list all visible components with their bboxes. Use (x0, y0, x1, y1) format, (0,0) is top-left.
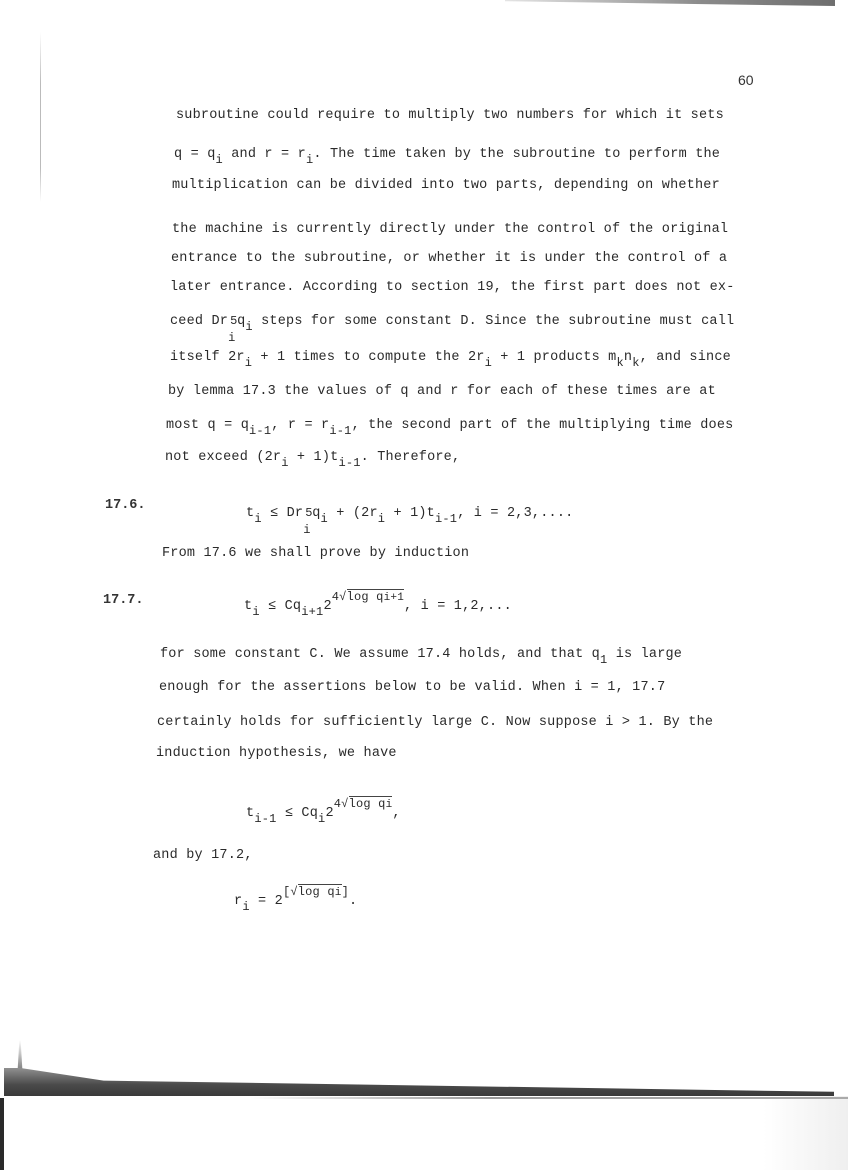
text-line: itself 2ri + 1 times to compute the 2ri … (170, 349, 731, 366)
page-number: 60 (738, 72, 754, 88)
scan-edge-line (250, 1097, 848, 1099)
text-line: by lemma 17.3 the values of q and r for … (168, 384, 716, 400)
text-line: the machine is currently directly under … (172, 222, 728, 238)
text-line: entrance to the subroutine, or whether i… (171, 251, 727, 267)
equation-label-17-7: 17.7. (103, 593, 144, 608)
text-line: and by 17.2, (153, 848, 253, 864)
text-line: ceed Dri5qi steps for some constant D. S… (170, 313, 734, 330)
scan-left-dark-bar (0, 1098, 4, 1170)
text-line: induction hypothesis, we have (156, 746, 397, 762)
scan-background-strip (0, 1096, 848, 1170)
equation-17-7: ti ≤ Cqi+124√log qi+1, i = 1,2,... (244, 598, 512, 615)
text-line: most q = qi-1, r = ri-1, the second part… (166, 417, 733, 434)
equation-label-17-6: 17.6. (105, 498, 146, 513)
text-line: enough for the assertions below to be va… (159, 680, 665, 696)
text-line: q = qi and r = ri. The time taken by the… (174, 146, 720, 163)
equation-17-6: ti ≤ Dri5qi + (2ri + 1)ti-1, i = 2,3,...… (246, 505, 573, 522)
scan-top-edge-shadow (505, 0, 835, 6)
text-line: certainly holds for sufficiently large C… (157, 715, 713, 731)
text-line: for some constant C. We assume 17.4 hold… (160, 646, 682, 663)
equation-r-i: ri = 2[√log qi]. (234, 893, 357, 910)
text-line: later entrance. According to section 19,… (170, 280, 735, 296)
text-line: multiplication can be divided into two p… (172, 178, 720, 194)
text-line: not exceed (2ri + 1)ti-1. Therefore, (165, 449, 460, 466)
text-line: subroutine could require to multiply two… (176, 108, 724, 124)
text-line: From 17.6 we shall prove by induction (162, 546, 469, 562)
scan-margin-line (40, 32, 41, 202)
scan-bottom-shadow (4, 1068, 834, 1096)
equation-induction-hypothesis: ti-1 ≤ Cqi24√log qi, (246, 805, 401, 822)
